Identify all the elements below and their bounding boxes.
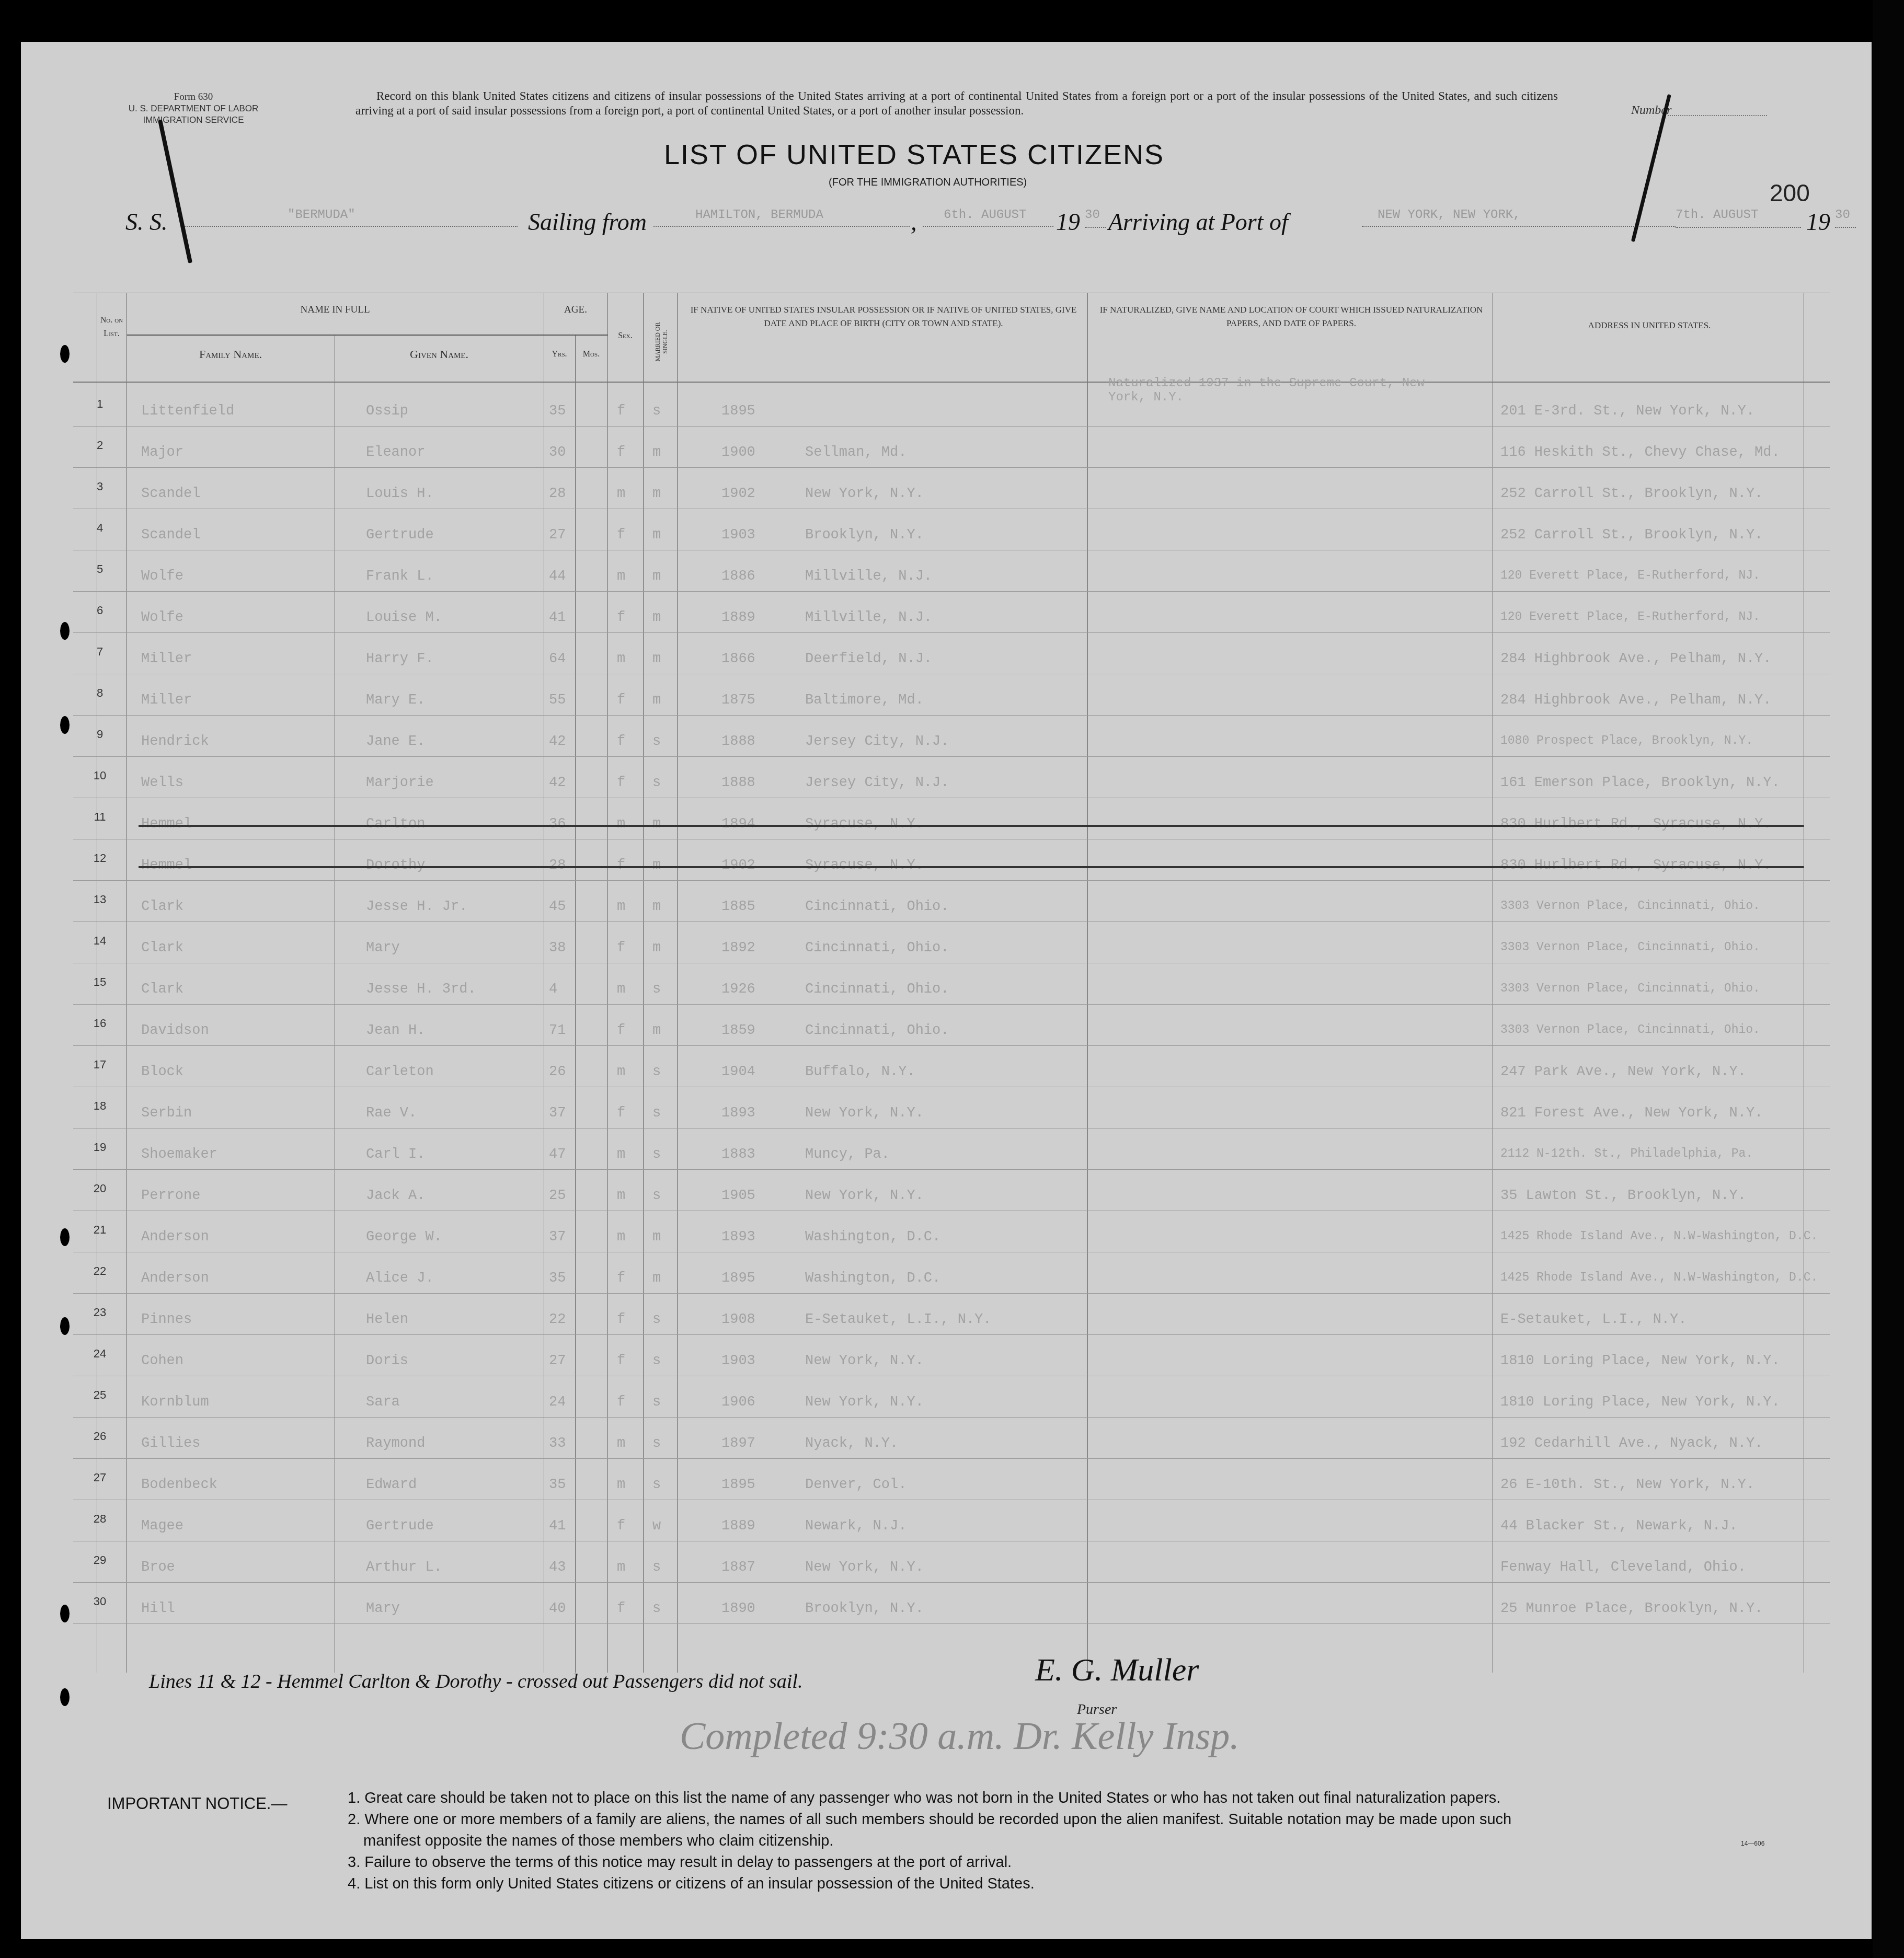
cell-marital-status: s xyxy=(652,1064,661,1080)
cell-marital-status: s xyxy=(652,1601,661,1617)
cell-age: 71 xyxy=(549,1023,566,1039)
cell-family-name: Clark xyxy=(141,982,183,997)
cell-family-name: Shoemaker xyxy=(141,1147,217,1162)
cell-birth-place: Denver, Col. xyxy=(805,1477,907,1493)
strike-through-line xyxy=(139,825,1804,827)
cell-family-name: Hemmel xyxy=(141,858,192,873)
cell-marital-status: s xyxy=(652,982,661,997)
row-number: 23 xyxy=(73,1306,127,1319)
cell-address: 25 Munroe Place, Brooklyn, N.Y. xyxy=(1500,1601,1763,1617)
cell-address: 247 Park Ave., New York, N.Y. xyxy=(1500,1064,1746,1080)
cell-age: 64 xyxy=(549,651,566,667)
cell-family-name: Wells xyxy=(141,775,183,791)
header-sex: Sex. xyxy=(607,329,643,343)
header-no-on-list: No. on List. xyxy=(97,314,127,341)
cell-marital-status: m xyxy=(652,1271,661,1286)
notice-item-2: 2. Where one or more members of a family… xyxy=(348,1809,1843,1830)
completion-note: Completed 9:30 a.m. Dr. Kelly Insp. xyxy=(680,1714,1240,1759)
cell-sex: f xyxy=(617,404,625,419)
cell-age: 42 xyxy=(549,775,566,791)
notice-lead: IMPORTANT NOTICE.— xyxy=(107,1793,287,1814)
cell-given-name: Dorothy xyxy=(366,858,425,873)
cell-birth-year: 1887 xyxy=(721,1560,755,1575)
cell-given-name: Helen xyxy=(366,1312,408,1328)
cell-age: 44 xyxy=(549,569,566,584)
cell-birth-place: Jersey City, N.J. xyxy=(805,734,949,750)
cell-birth-place: Cincinnati, Ohio. xyxy=(805,940,949,956)
cell-given-name: Carleton xyxy=(366,1064,434,1080)
instructions-text: Record on this blank United States citiz… xyxy=(355,89,1558,118)
cell-sex: m xyxy=(617,1229,625,1245)
year-prefix: 19 xyxy=(1056,208,1080,236)
cell-birth-place: Millville, N.J. xyxy=(805,569,932,584)
cell-marital-status: w xyxy=(652,1518,661,1534)
manifest-page: Form 630 U. S. DEPARTMENT OF LABOR IMMIG… xyxy=(21,42,1872,1939)
cell-birth-year: 1895 xyxy=(721,1271,755,1286)
row-number: 21 xyxy=(73,1223,127,1237)
header-given-name: Given Name. xyxy=(335,348,544,361)
row-number: 25 xyxy=(73,1388,127,1402)
cell-family-name: Hemmel xyxy=(141,816,192,832)
cell-age: 55 xyxy=(549,693,566,708)
cell-birth-year: 1883 xyxy=(721,1147,755,1162)
cell-given-name: Carlton xyxy=(366,816,425,832)
cell-address: 830 Hurlbert Rd., Syracuse, N.Y. xyxy=(1500,858,1771,873)
cell-address: 1425 Rhode Island Ave., N.W-Washington, … xyxy=(1500,1271,1818,1284)
cell-birth-place: Nyack, N.Y. xyxy=(805,1436,898,1452)
cell-family-name: Bodenbeck xyxy=(141,1477,217,1493)
cell-given-name: Louise M. xyxy=(366,610,442,626)
row-number: 8 xyxy=(73,686,127,700)
notice-item-3: 3. Failure to observe the terms of this … xyxy=(348,1852,1843,1873)
cell-birth-place: New York, N.Y. xyxy=(805,1560,924,1575)
cell-birth-year: 1890 xyxy=(721,1601,755,1617)
cell-family-name: Cohen xyxy=(141,1353,183,1369)
cell-birth-place: Sellman, Md. xyxy=(805,445,907,460)
cell-age: 28 xyxy=(549,858,566,873)
cell-birth-place: Newark, N.J. xyxy=(805,1518,907,1534)
cell-sex: m xyxy=(617,651,625,667)
punch-hole xyxy=(60,345,70,363)
cell-address: 821 Forest Ave., New York, N.Y. xyxy=(1500,1105,1763,1121)
cell-age: 41 xyxy=(549,1518,566,1534)
cell-address: 1425 Rhode Island Ave., N.W-Washington, … xyxy=(1500,1229,1818,1243)
cell-sex: m xyxy=(617,1064,625,1080)
punch-hole xyxy=(60,1605,70,1622)
page-title: LIST OF UNITED STATES CITIZENS xyxy=(664,139,1164,171)
cell-sex: f xyxy=(617,1395,625,1410)
notice-item-1: 1. Great care should be taken not to pla… xyxy=(348,1788,1843,1809)
cell-birth-place: New York, N.Y. xyxy=(805,1188,924,1204)
purser-signature: E. G. Muller xyxy=(1035,1652,1199,1689)
cell-address: 252 Carroll St., Brooklyn, N.Y. xyxy=(1500,486,1763,502)
cell-birth-year: 1893 xyxy=(721,1105,755,1121)
row-number: 9 xyxy=(73,728,127,741)
cell-birth-year: 1893 xyxy=(721,1229,755,1245)
row-number: 27 xyxy=(73,1471,127,1484)
cell-birth-place: Washington, D.C. xyxy=(805,1229,940,1245)
cell-given-name: Carl I. xyxy=(366,1147,425,1162)
cell-birth-year: 1897 xyxy=(721,1436,755,1452)
cell-family-name: Anderson xyxy=(141,1271,209,1286)
cell-birth-year: 1903 xyxy=(721,527,755,543)
row-number: 14 xyxy=(73,934,127,948)
cell-given-name: Edward xyxy=(366,1477,417,1493)
row-number: 2 xyxy=(73,439,127,452)
cell-birth-year: 1866 xyxy=(721,651,755,667)
cell-birth-year: 1902 xyxy=(721,858,755,873)
cell-birth-place: Millville, N.J. xyxy=(805,610,932,626)
cell-birth-year: 1889 xyxy=(721,610,755,626)
cell-family-name: Wolfe xyxy=(141,610,183,626)
cell-address: 284 Highbrook Ave., Pelham, N.Y. xyxy=(1500,651,1771,667)
cell-marital-status: m xyxy=(652,816,661,832)
row-number: 7 xyxy=(73,645,127,659)
cell-address: 26 E-10th. St., New York, N.Y. xyxy=(1500,1477,1754,1493)
cell-marital-status: s xyxy=(652,1477,661,1493)
strike-through-line xyxy=(139,866,1804,868)
row-number: 6 xyxy=(73,604,127,617)
cell-age: 35 xyxy=(549,404,566,419)
cell-family-name: Clark xyxy=(141,940,183,956)
punch-hole xyxy=(60,1317,70,1335)
cell-naturalization: Naturalized 1937 in the Supreme Court, N… xyxy=(1108,376,1443,405)
cell-given-name: Raymond xyxy=(366,1436,425,1452)
cell-given-name: Mary xyxy=(366,940,400,956)
cell-sex: m xyxy=(617,486,625,502)
cell-given-name: Jesse H. 3rd. xyxy=(366,982,476,997)
departure-date-field: 6th. AUGUST xyxy=(923,208,1053,227)
cell-family-name: Wolfe xyxy=(141,569,183,584)
cell-sex: m xyxy=(617,982,625,997)
cell-age: 22 xyxy=(549,1312,566,1328)
row-number: 30 xyxy=(73,1595,127,1608)
cell-family-name: Serbin xyxy=(141,1105,192,1121)
cell-given-name: Sara xyxy=(366,1395,400,1410)
cell-birth-year: 1903 xyxy=(721,1353,755,1369)
service-name: IMMIGRATION SERVICE xyxy=(99,114,288,126)
header-married-single: Married or Single. xyxy=(654,318,669,365)
cell-family-name: Major xyxy=(141,445,183,460)
cell-address: 1080 Prospect Place, Brooklyn, N.Y. xyxy=(1500,734,1753,747)
cell-marital-status: m xyxy=(652,1023,661,1039)
cell-sex: f xyxy=(617,940,625,956)
row-number: 28 xyxy=(73,1512,127,1526)
cell-given-name: Jesse H. Jr. xyxy=(366,899,467,915)
header-name-in-full: Name in Full xyxy=(127,303,544,317)
cell-birth-year: 1885 xyxy=(721,899,755,915)
row-number: 29 xyxy=(73,1553,127,1567)
cell-birth-place: New York, N.Y. xyxy=(805,1353,924,1369)
department-name: U. S. DEPARTMENT OF LABOR xyxy=(99,103,288,114)
cell-birth-year: 1905 xyxy=(721,1188,755,1204)
cell-sex: f xyxy=(617,1601,625,1617)
arrival-port-field: NEW YORK, NEW YORK, xyxy=(1362,208,1676,227)
cell-marital-status: m xyxy=(652,651,661,667)
cell-address: 120 Everett Place, E-Rutherford, NJ. xyxy=(1500,610,1760,624)
cell-family-name: Davidson xyxy=(141,1023,209,1039)
cell-family-name: Scandel xyxy=(141,527,200,543)
header-birth: If native of United States insular posse… xyxy=(682,303,1085,330)
cell-age: 40 xyxy=(549,1601,566,1617)
cell-birth-place: Deerfield, N.J. xyxy=(805,651,932,667)
row-number: 4 xyxy=(73,521,127,535)
punch-hole xyxy=(60,1228,70,1246)
cell-family-name: Hendrick xyxy=(141,734,209,750)
cell-sex: f xyxy=(617,610,625,626)
departure-year-field: 30 xyxy=(1085,208,1106,228)
cell-address: 35 Lawton St., Brooklyn, N.Y. xyxy=(1500,1188,1746,1204)
cell-family-name: Clark xyxy=(141,899,183,915)
cell-age: 26 xyxy=(549,1064,566,1080)
cell-sex: f xyxy=(617,1271,625,1286)
cell-age: 30 xyxy=(549,445,566,460)
row-number: 18 xyxy=(73,1099,127,1113)
cell-address: 284 Highbrook Ave., Pelham, N.Y. xyxy=(1500,693,1771,708)
cell-given-name: Frank L. xyxy=(366,569,434,584)
cell-sex: f xyxy=(617,1353,625,1369)
cell-birth-year: 1904 xyxy=(721,1064,755,1080)
row-number: 12 xyxy=(73,851,127,865)
scan-border xyxy=(1873,0,1904,1958)
cell-age: 37 xyxy=(549,1229,566,1245)
cell-address: 1810 Loring Place, New York, N.Y. xyxy=(1500,1353,1780,1369)
cell-sex: f xyxy=(617,1312,625,1328)
ship-name-field: "BERMUDA" xyxy=(183,208,518,227)
cell-marital-status: m xyxy=(652,899,661,915)
cell-age: 43 xyxy=(549,1560,566,1575)
cell-birth-year: 1888 xyxy=(721,734,755,750)
cell-birth-year: 1889 xyxy=(721,1518,755,1534)
cell-marital-status: s xyxy=(652,1105,661,1121)
cell-given-name: Jean H. xyxy=(366,1023,425,1039)
handwritten-note: Lines 11 & 12 - Hemmel Carlton & Dorothy… xyxy=(149,1670,802,1693)
cell-sex: f xyxy=(617,1105,625,1121)
cell-address: 2112 N-12th. St., Philadelphia, Pa. xyxy=(1500,1147,1753,1160)
cell-marital-status: s xyxy=(652,775,661,791)
cell-address: 161 Emerson Place, Brooklyn, N.Y. xyxy=(1500,775,1780,791)
cell-marital-status: s xyxy=(652,1436,661,1452)
cell-birth-year: 1859 xyxy=(721,1023,755,1039)
cell-marital-status: m xyxy=(652,569,661,584)
cell-age: 37 xyxy=(549,1105,566,1121)
cell-given-name: Gertrude xyxy=(366,527,434,543)
cell-given-name: Mary E. xyxy=(366,693,425,708)
cell-given-name: Rae V. xyxy=(366,1105,417,1121)
cell-sex: m xyxy=(617,1188,625,1204)
punch-hole xyxy=(60,1688,70,1706)
cell-address: 252 Carroll St., Brooklyn, N.Y. xyxy=(1500,527,1763,543)
cell-birth-year: 1926 xyxy=(721,982,755,997)
cell-birth-place: Cincinnati, Ohio. xyxy=(805,899,949,915)
cell-birth-place: Baltimore, Md. xyxy=(805,693,924,708)
cell-marital-status: m xyxy=(652,858,661,873)
cell-birth-place: New York, N.Y. xyxy=(805,1105,924,1121)
cell-marital-status: s xyxy=(652,1560,661,1575)
cell-age: 47 xyxy=(549,1147,566,1162)
passenger-table: No. on List. Name in Full Family Name. G… xyxy=(73,293,1830,1673)
cell-address: 1810 Loring Place, New York, N.Y. xyxy=(1500,1395,1780,1410)
voyage-line: S. S. "BERMUDA" Sailing from HAMILTON, B… xyxy=(125,208,1798,245)
cell-sex: m xyxy=(617,816,625,832)
print-code: 14—606 xyxy=(1741,1840,1764,1847)
year-prefix-arrival: 19 xyxy=(1806,208,1830,236)
page-subtitle: (FOR THE IMMIGRATION AUTHORITIES) xyxy=(829,177,1027,189)
row-number: 22 xyxy=(73,1264,127,1278)
cell-given-name: Arthur L. xyxy=(366,1560,442,1575)
arrival-year-field: 30 xyxy=(1835,208,1856,228)
row-number: 24 xyxy=(73,1347,127,1361)
cell-address: 192 Cedarhill Ave., Nyack, N.Y. xyxy=(1500,1436,1763,1452)
cell-family-name: Pinnes xyxy=(141,1312,192,1328)
page-number: 200 xyxy=(1770,179,1810,207)
cell-birth-place: Washington, D.C. xyxy=(805,1271,940,1286)
cell-address: Fenway Hall, Cleveland, Ohio. xyxy=(1500,1560,1746,1575)
cell-family-name: Miller xyxy=(141,693,192,708)
cell-marital-status: s xyxy=(652,1147,661,1162)
cell-birth-year: 1875 xyxy=(721,693,755,708)
cell-given-name: Alice J. xyxy=(366,1271,434,1286)
cell-family-name: Magee xyxy=(141,1518,183,1534)
cell-marital-status: m xyxy=(652,693,661,708)
cell-family-name: Anderson xyxy=(141,1229,209,1245)
cell-sex: f xyxy=(617,445,625,460)
row-number: 13 xyxy=(73,893,127,906)
row-number: 16 xyxy=(73,1017,127,1030)
cell-birth-year: 1908 xyxy=(721,1312,755,1328)
cell-age: 28 xyxy=(549,486,566,502)
cell-age: 36 xyxy=(549,816,566,832)
cell-address: 3303 Vernon Place, Cincinnati, Ohio. xyxy=(1500,899,1760,913)
cell-marital-status: m xyxy=(652,940,661,956)
header-age: Age. xyxy=(544,303,607,317)
cell-family-name: Littenfield xyxy=(141,404,234,419)
cell-given-name: Eleanor xyxy=(366,445,425,460)
cell-birth-place: New York, N.Y. xyxy=(805,486,924,502)
cell-given-name: Ossip xyxy=(366,404,408,419)
row-number: 3 xyxy=(73,480,127,493)
cell-birth-place: Syracuse, N.Y. xyxy=(805,816,924,832)
row-number: 10 xyxy=(73,769,127,782)
cell-birth-year: 1906 xyxy=(721,1395,755,1410)
arriving-label: Arriving at Port of xyxy=(1108,208,1288,236)
cell-address: 120 Everett Place, E-Rutherford, NJ. xyxy=(1500,569,1760,582)
cell-sex: m xyxy=(617,1560,625,1575)
cell-sex: m xyxy=(617,1477,625,1493)
cell-sex: f xyxy=(617,693,625,708)
cell-address: 3303 Vernon Place, Cincinnati, Ohio. xyxy=(1500,940,1760,954)
cell-birth-place: Brooklyn, N.Y. xyxy=(805,527,924,543)
cell-family-name: Block xyxy=(141,1064,183,1080)
cell-birth-place: New York, N.Y. xyxy=(805,1395,924,1410)
cell-address: 830 Hurlbert Rd., Syracuse, N.Y. xyxy=(1500,816,1771,832)
row-number: 1 xyxy=(73,397,127,411)
row-number: 17 xyxy=(73,1058,127,1072)
cell-birth-place: Cincinnati, Ohio. xyxy=(805,1023,949,1039)
cell-sex: m xyxy=(617,1436,625,1452)
cell-marital-status: s xyxy=(652,734,661,750)
cell-age: 45 xyxy=(549,899,566,915)
cell-birth-year: 1894 xyxy=(721,816,755,832)
row-number: 26 xyxy=(73,1430,127,1443)
cell-birth-year: 1892 xyxy=(721,940,755,956)
cell-sex: f xyxy=(617,734,625,750)
cell-marital-status: m xyxy=(652,527,661,543)
cell-given-name: Jack A. xyxy=(366,1188,425,1204)
cell-marital-status: s xyxy=(652,1395,661,1410)
punch-hole xyxy=(60,622,70,640)
cell-birth-year: 1895 xyxy=(721,1477,755,1493)
cell-address: 3303 Vernon Place, Cincinnati, Ohio. xyxy=(1500,982,1760,995)
cell-address: 116 Heskith St., Chevy Chase, Md. xyxy=(1500,445,1780,460)
cell-age: 35 xyxy=(549,1477,566,1493)
cell-family-name: Perrone xyxy=(141,1188,200,1204)
cell-age: 42 xyxy=(549,734,566,750)
cell-birth-place: Buffalo, N.Y. xyxy=(805,1064,915,1080)
cell-given-name: Marjorie xyxy=(366,775,434,791)
cell-birth-place: E-Setauket, L.I., N.Y. xyxy=(805,1312,991,1328)
sailing-from-field: HAMILTON, BERMUDA xyxy=(653,208,910,227)
cell-address: E-Setauket, L.I., N.Y. xyxy=(1500,1312,1687,1328)
cell-address: 44 Blacker St., Newark, N.J. xyxy=(1500,1518,1738,1534)
cell-sex: f xyxy=(617,527,625,543)
cell-birth-place: Brooklyn, N.Y. xyxy=(805,1601,924,1617)
cell-given-name: Mary xyxy=(366,1601,400,1617)
cell-given-name: George W. xyxy=(366,1229,442,1245)
cell-age: 27 xyxy=(549,527,566,543)
cell-address: 3303 Vernon Place, Cincinnati, Ohio. xyxy=(1500,1023,1760,1036)
cell-family-name: Hill xyxy=(141,1601,175,1617)
cell-marital-status: s xyxy=(652,404,661,419)
cell-marital-status: m xyxy=(652,486,661,502)
cell-sex: m xyxy=(617,899,625,915)
sailing-from-label: Sailing from xyxy=(528,208,647,236)
arrival-date-field: 7th. AUGUST xyxy=(1676,208,1801,228)
row-number: 20 xyxy=(73,1182,127,1195)
cell-given-name: Doris xyxy=(366,1353,408,1369)
cell-age: 33 xyxy=(549,1436,566,1452)
cell-family-name: Miller xyxy=(141,651,192,667)
punch-hole xyxy=(60,716,70,734)
cell-birth-year: 1902 xyxy=(721,486,755,502)
header-mos: Mos. xyxy=(575,348,607,361)
cell-age: 38 xyxy=(549,940,566,956)
cell-age: 25 xyxy=(549,1188,566,1204)
cell-given-name: Jane E. xyxy=(366,734,425,750)
cell-age: 4 xyxy=(549,982,557,997)
header-family-name: Family Name. xyxy=(127,348,335,361)
cell-birth-place: Muncy, Pa. xyxy=(805,1147,890,1162)
cell-sex: m xyxy=(617,569,625,584)
cell-birth-place: Cincinnati, Ohio. xyxy=(805,982,949,997)
cell-family-name: Gillies xyxy=(141,1436,200,1452)
cell-marital-status: s xyxy=(652,1353,661,1369)
header-naturalized: If naturalized, give name and location o… xyxy=(1093,303,1490,330)
row-number: 11 xyxy=(73,810,127,824)
notice-item-4: 4. List on this form only United States … xyxy=(348,1873,1843,1895)
cell-sex: f xyxy=(617,858,625,873)
form-number: Form 630 xyxy=(99,91,288,103)
cell-marital-status: m xyxy=(652,1229,661,1245)
cell-address: 201 E-3rd. St., New York, N.Y. xyxy=(1500,404,1754,419)
cell-age: 27 xyxy=(549,1353,566,1369)
cell-marital-status: s xyxy=(652,1312,661,1328)
cell-age: 35 xyxy=(549,1271,566,1286)
cell-marital-status: m xyxy=(652,445,661,460)
cell-age: 24 xyxy=(549,1395,566,1410)
form-identifier: Form 630 U. S. DEPARTMENT OF LABOR IMMIG… xyxy=(99,91,288,126)
cell-sex: f xyxy=(617,1023,625,1039)
